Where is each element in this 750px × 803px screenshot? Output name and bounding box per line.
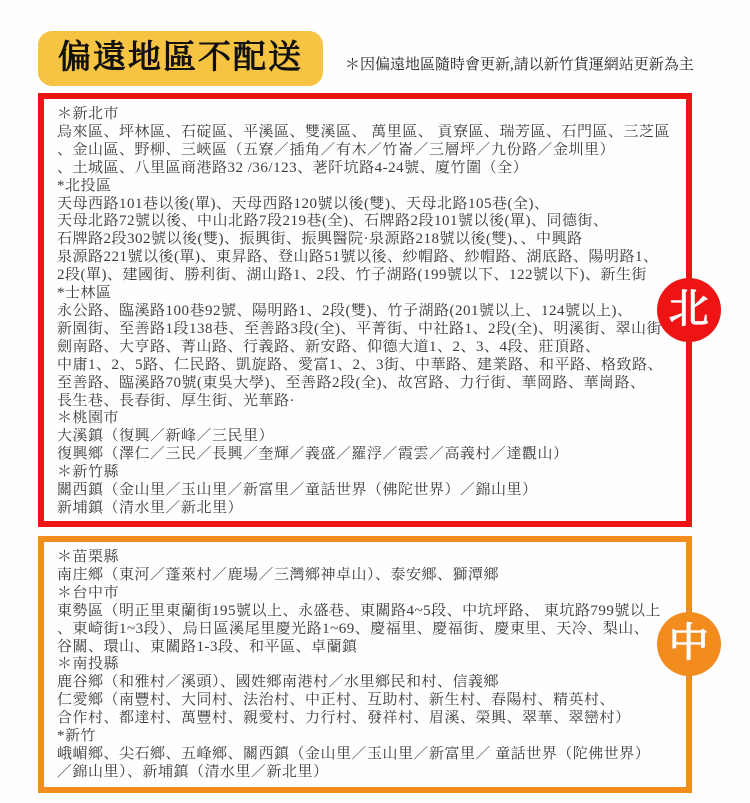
region-line: *士林區 bbox=[57, 285, 674, 303]
header: 偏遠地區不配送 ＊因偏遠地區隨時會更新,請以新竹貨運網站更新為主 bbox=[38, 31, 730, 86]
north-region-box: ＊新北市烏來區、坪林區、石碇區、平溪區、雙溪區、 萬里區、 貢寮區、瑞芳區、石門… bbox=[38, 93, 692, 527]
region-line: 新園街、至善路1段138巷、至善路3段(全)、平菁街、中社路1、2段(全)、明溪… bbox=[57, 321, 674, 339]
central-region-box: ＊苗栗縣南庄鄉（東河／蓬萊村／鹿場／三灣鄉神卓山）、泰安鄉、獅潭鄉＊台中市東勢區… bbox=[38, 536, 692, 793]
region-line: 東勢區（明正里東蘭街195號以上、永盛巷、東關路4~5段、中坑坪路、 東坑路79… bbox=[57, 603, 674, 621]
region-line: 南庄鄉（東河／蓬萊村／鹿場／三灣鄉神卓山）、泰安鄉、獅潭鄉 bbox=[57, 567, 674, 585]
north-badge: 北 bbox=[657, 278, 721, 342]
region-line: 鹿谷鄉（和雅村／溪頭）、國姓鄉南港村／水里鄉民和村、信義鄉 bbox=[57, 674, 674, 692]
central-region-lines: ＊苗栗縣南庄鄉（東河／蓬萊村／鹿場／三灣鄉神卓山）、泰安鄉、獅潭鄉＊台中市東勢區… bbox=[57, 549, 674, 782]
region-line: 天母西路101巷以後(單)、天母西路120號以後(雙)、天母北路105巷(全)、 bbox=[57, 196, 674, 214]
region-line: 天母北路72號以後、中山北路7段219巷(全)、石牌路2段101號以後(單)、同… bbox=[57, 213, 674, 231]
region-line: ／錦山里）、新埔鎮（清水里／新北里） bbox=[57, 764, 674, 782]
region-line: 谷關、環山、東關路1-3段、和平區、卓蘭鎮 bbox=[57, 639, 674, 657]
update-disclaimer-note: ＊因偏遠地區隨時會更新,請以新竹貨運網站更新為主 bbox=[345, 53, 694, 74]
region-line: 大溪鎮（復興／新峰／三民里） bbox=[57, 428, 674, 446]
region-line: 泉源路221號以後(單)、東昇路、登山路51號以後、紗帽路、紗帽路、湖底路、陽明… bbox=[57, 249, 674, 267]
region-line: ＊新竹縣 bbox=[57, 464, 674, 482]
north-region-lines: ＊新北市烏來區、坪林區、石碇區、平溪區、雙溪區、 萬里區、 貢寮區、瑞芳區、石門… bbox=[57, 106, 674, 518]
region-line: 劍南路、大亨路、菁山路、行義路、新安路、仰德大道1、2、3、4段、莊頂路、 bbox=[57, 339, 674, 357]
central-badge: 中 bbox=[657, 612, 721, 676]
region-line: ＊苗栗縣 bbox=[57, 549, 674, 567]
region-line: 至善路、臨溪路70號(東吳大學)、至善路2段(全)、故宮路、力行街、華岡路、華崗… bbox=[57, 375, 674, 393]
region-line: 仁愛鄉（南豐村、大同村、法治村、中正村、互助村、新生村、春陽村、精英村、 bbox=[57, 692, 674, 710]
region-line: 中庸1、2、5路、仁民路、凱旋路、愛富1、2、3街、中華路、建業路、和平路、格致… bbox=[57, 357, 674, 375]
region-line: ＊南投縣 bbox=[57, 656, 674, 674]
region-line: 合作村、都達村、萬豐村、親愛村、力行村、發祥村、眉溪、榮興、翠華、翠巒村） bbox=[57, 710, 674, 728]
region-line: 復興鄉（澤仁／三民／長興／奎輝／義盛／羅浮／霞雲／高義村／達觀山） bbox=[57, 446, 674, 464]
remote-area-notice-page: 偏遠地區不配送 ＊因偏遠地區隨時會更新,請以新竹貨運網站更新為主 ＊新北市烏來區… bbox=[0, 0, 750, 803]
region-line: 石牌路2段302號以後(雙)、振興街、振興醫院·泉源路218號以後(雙)、、中興… bbox=[57, 231, 674, 249]
page-title-badge: 偏遠地區不配送 bbox=[38, 31, 323, 86]
region-line: *新竹 bbox=[57, 728, 674, 746]
region-line: 烏來區、坪林區、石碇區、平溪區、雙溪區、 萬里區、 貢寮區、瑞芳區、石門區、三芝… bbox=[57, 124, 674, 142]
region-line: ＊台中市 bbox=[57, 585, 674, 603]
region-line: 關西鎮（金山里／玉山里／新富里／童話世界（佛陀世界）／錦山里） bbox=[57, 482, 674, 500]
region-line: ＊桃園市 bbox=[57, 410, 674, 428]
region-line: 、金山區、野柳、三峽區（五寮／插角／有木／竹崙／三層坪／九份路／金圳里） bbox=[57, 142, 674, 160]
region-line: *北投區 bbox=[57, 178, 674, 196]
region-line: 2段(單)、建國街、勝利街、湖山路1、2段、竹子湖路(199號以下、122號以下… bbox=[57, 267, 674, 285]
region-line: 新埔鎮（清水里／新北里） bbox=[57, 500, 674, 518]
region-line: 、土城區、八里區商港路32 /36/123、荖阡坑路4-24號、廈竹圍（全） bbox=[57, 160, 674, 178]
region-line: ＊新北市 bbox=[57, 106, 674, 124]
region-line: 、東崎街1~3段）、烏日區溪尾里慶光路1~69、慶福里、慶福街、慶東里、天冷、梨… bbox=[57, 621, 674, 639]
region-line: 永公路、臨溪路100巷92號、陽明路1、2段(雙)、竹子湖路(201號以上、12… bbox=[57, 303, 674, 321]
region-line: 峨嵋鄉、尖石鄉、五峰鄉、關西鎮（金山里／玉山里／新富里／ 童話世界（陀佛世界） bbox=[57, 746, 674, 764]
region-line: 長生巷、長春街、厚生街、光華路· bbox=[57, 393, 674, 411]
